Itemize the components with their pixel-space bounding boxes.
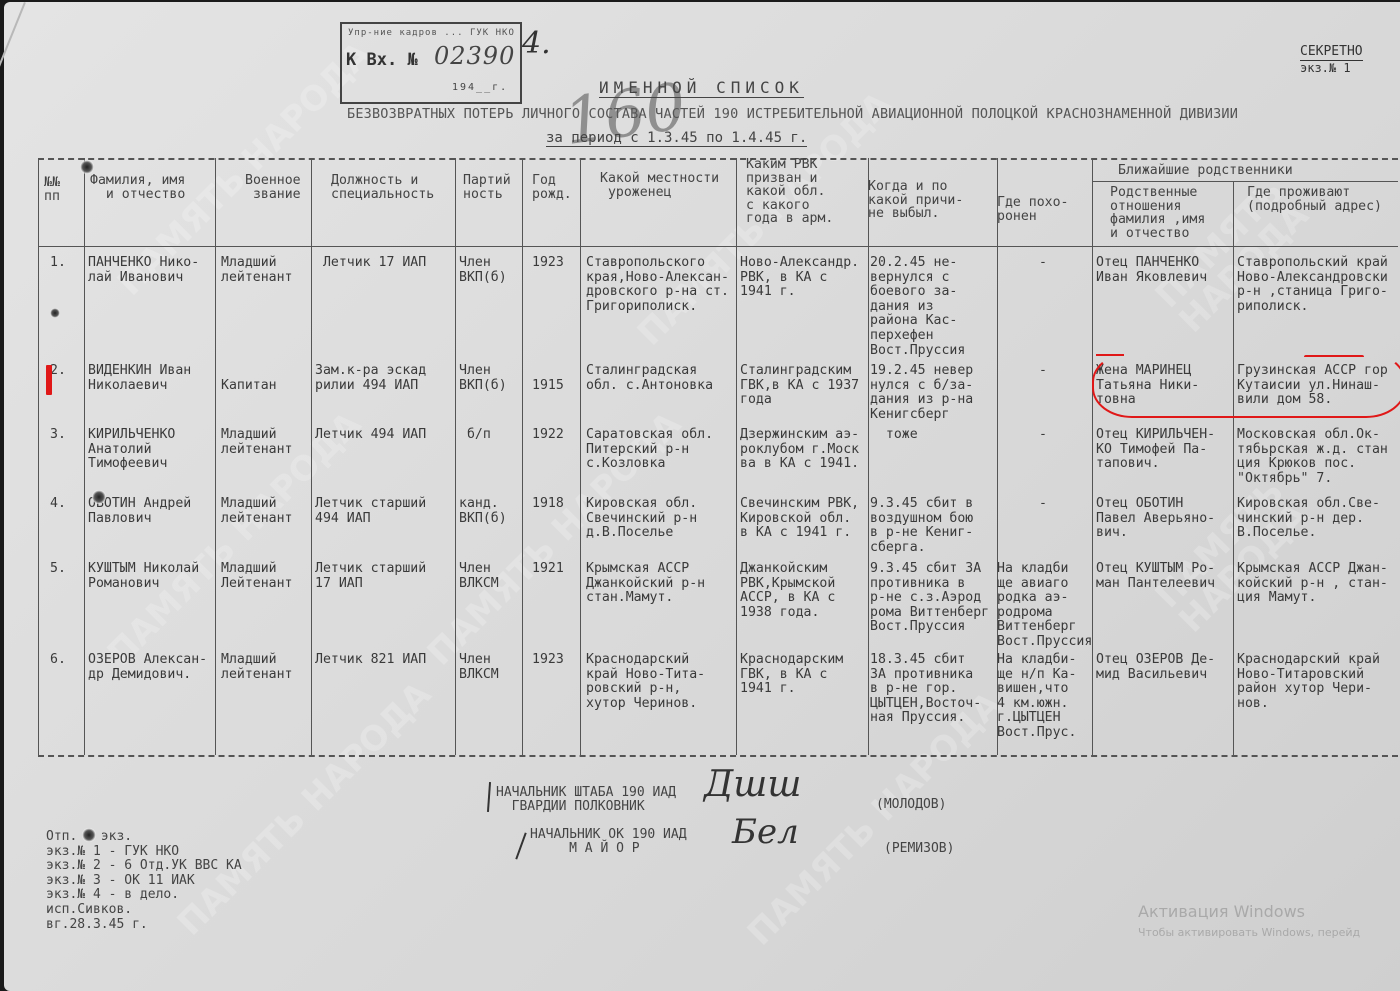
signature-1: Дшш [704,764,801,805]
header-separator [38,246,1398,247]
column-header: Военное звание [245,174,301,201]
signatory-title-2: НАЧАЛЬНИК ОК 190 ИАД М А Й О Р [530,828,687,856]
group-header-relatives: Ближайшие родственники [1118,164,1293,178]
table-cell-when-why: 9.3.45 сбит в воздушном бою в р-не Кениг… [870,497,973,555]
table-cell-position: Летчик 17 ИАП [315,256,426,271]
table-cell-party: канд. ВКП(б) [459,497,507,526]
column-header: Год рожд. [532,174,572,201]
table-cell-position: Летчик старший 17 ИАП [315,562,426,591]
document-period: за период с 1.3.45 по 1.4.45 г. [546,130,807,147]
table-cell-address: Московская обл.Ок- тябьрская ж.д. стан ц… [1237,428,1388,486]
table-cell-num: 3. [50,428,66,443]
table-cell-party: Член ВКП(б) [459,256,507,285]
table-cell-position: Летчик 821 ИАП [315,653,426,668]
registration-stamp: Упр-ние кадров ... ГУК НКО К Вх. № 02390… [340,22,522,104]
table-cell-rank: Младший лейтенант [221,497,292,526]
table-cell-birthplace: Кировская обл. Свечинский р-н д.В.Посель… [586,497,697,541]
table-cell-address: Крымская АССР Джан- койский р-н , стан- … [1237,562,1388,606]
table-cell-name: ПАНЧЕНКО Нико- лай Иванович [88,256,199,285]
table-cell-relative: Отец КИРИЛЬЧЕН- КО Тимофей Па- тапович. [1096,428,1215,472]
table-cell-address: Ставропольский край Ново-Александровски … [1237,256,1388,314]
distribution-list: Отп. 4 экз. экз.№ 1 - ГУК НКО экз.№ 2 - … [46,830,242,932]
signatory-title-1: НАЧАЛЬНИК ШТАБА 190 ИАД ГВАРДИИ ПОЛКОВНИ… [496,786,676,814]
red-highlight-ellipse [1092,352,1400,418]
column-header: Должность и специальность [331,174,434,201]
punch-hole [80,160,94,174]
table-cell-relative: Отец ПАНЧЕНКО Иван Яковлевич [1096,256,1207,285]
signatory-name-2: (РЕМИЗОВ) [884,842,954,856]
windows-activation-title: Активация Windows [1138,902,1305,921]
secrecy-label: СЕКРЕТНО [1300,44,1363,61]
column-header: Родственные отношения фамилия ,имя и отч… [1110,186,1205,240]
table-cell-rank: Младший лейтенант [221,256,292,285]
table-cell-drafted: Дзержинским аэ- роклубом г.Моск ва в КА … [740,428,859,472]
table-cell-relative: Отец КУШТЫМ Ро- ман Пантелеевич [1096,562,1215,591]
table-cell-party: Член ВКП(б) [459,364,507,393]
table-cell-when-why: 19.2.45 невер нулся с б/за- дания из р-н… [870,364,973,422]
table-cell-born: 1922 [532,428,564,443]
document-subtitle: БЕЗВОЗВРАТНЫХ ПОТЕРЬ ЛИЧНОГО СОСТАВА ЧАС… [347,106,1238,122]
table-cell-drafted: Джанкойским РВК,Крымской АССР, в КА с 19… [740,562,835,620]
column-header: Фамилия, имя и отчество [90,174,185,201]
table-cell-born: 1923 [532,653,564,668]
column-divider [580,158,581,755]
pen-tick [487,782,491,812]
table-cell-relative: Отец ОЗЕРОВ Де- мид Васильевич [1096,653,1215,682]
table-cell-birthplace: Саратовская обл. Питерский р-н с.Козловк… [586,428,713,472]
column-header: Какой местности уроженец [600,172,719,199]
punch-hole [92,490,106,504]
table-cell-born: 1923 [532,256,564,271]
paper-fold [0,2,26,160]
table-cell-birthplace: Крымская АССР Джанкойский р-н стан.Мамут… [586,562,705,606]
punch-hole [50,308,60,318]
column-divider [215,158,216,755]
column-divider [868,158,869,755]
column-divider [455,158,456,755]
punch-hole [82,828,96,842]
column-divider [311,158,312,755]
table-cell-born: 1921 [532,562,564,577]
column-divider [1092,158,1093,755]
table-cell-birthplace: Сталинградская обл. с.Антоновка [586,364,713,393]
table-cell-name: ОЗЕРОВ Алексан- др Демидович. [88,653,207,682]
table-cell-position: Зам.к-ра эскад рилии 494 ИАП [315,364,426,393]
red-highlight-stroke [1304,355,1364,357]
table-cell-buried: - [1039,364,1047,379]
table-cell-buried: На кладби- ще н/п Ка- вишен,что 4 км.южн… [997,653,1076,741]
table-cell-address: Кировская обл.Све- чинский р-н дер. В.По… [1237,497,1380,541]
pen-tick [515,833,526,860]
stamp-header: Упр-ние кадров ... ГУК НКО [348,28,515,38]
table-cell-when-why: 9.3.45 сбит ЗА противника в р-не с.з.Аэр… [870,562,989,635]
table-cell-buried: - [1039,497,1047,512]
column-divider [1233,181,1234,755]
signatory-name-1: (МОЛОДОВ) [876,798,946,812]
table-cell-relative: Отец ОБОТИН Павел Аверьяно- вич. [1096,497,1215,541]
table-cell-num: 4. [50,497,66,512]
table-cell-birthplace: Краснодарский край Ново-Тита- ровский р-… [586,653,705,711]
red-highlight-stroke [1096,354,1124,356]
table-cell-when-why: тоже [870,428,918,443]
table-cell-drafted: Свечинским РВК, Кировской обл. в КА с 19… [740,497,859,541]
table-bottom-border [38,755,1398,757]
column-header: Партий ность [463,174,511,201]
table-cell-num: 1. [50,256,66,271]
column-header: Где похо- ронен [997,196,1068,223]
table-cell-buried: - [1039,256,1047,271]
document-heading: ИМЕННОЙ СПИСОК [599,78,804,98]
copy-number: экз.№ 1 [1300,61,1363,75]
table-cell-party: Член ВЛКСМ [459,562,499,591]
red-row-marker [46,365,52,395]
table-cell-drafted: Сталинградским ГВК,в КА с 1937 года [740,364,859,408]
column-header: Когда и по какой причи- не выбыл. [868,180,963,221]
table-cell-rank: Капитан [221,364,277,393]
table-cell-party: б/п [459,428,491,443]
table-cell-name: КУШТЫМ Николай Романович [88,562,199,591]
stamp-year: 194__г. [452,82,508,93]
column-header: Каким РВК призван и какой обл. с какого … [746,158,833,226]
table-cell-num: 2. [50,364,66,379]
table-cell-address: Краснодарский край Ново-Титаровский райо… [1237,653,1380,711]
stamp-number-suffix: 4. [522,26,551,61]
table-cell-party: Член ВЛКСМ [459,653,499,682]
table-cell-buried: На кладби ще авиаго родка аэ- родрома Ви… [997,562,1092,650]
document-sheet: ПАМЯТЬ НАРОДА ПАМЯТЬ НАРОДА ПАМЯТЬ НАРОД… [4,2,1400,991]
table-cell-buried: - [1039,428,1047,443]
table-cell-rank: Младший лейтенант [221,428,292,457]
column-header: Где проживают (подробный адрес) [1247,186,1382,213]
table-cell-name: КИРИЛЬЧЕНКО Анатолий Тимофеевич [88,428,175,472]
table-cell-rank: Младший Лейтенант [221,562,292,591]
table-cell-position: Летчик 494 ИАП [315,428,426,443]
signature-2: Бел [732,812,799,852]
table-cell-num: 6. [50,653,66,668]
table-cell-rank: Младший лейтенант [221,653,292,682]
stamp-prefix: К Вх. № [346,50,418,70]
column-divider [38,158,39,755]
column-divider [84,158,85,755]
table-cell-name: ВИДЕНКИН Иван Николаевич [88,364,191,393]
table-cell-when-why: 18.3.45 сбит ЗА противника в р-не гор. Ц… [870,653,981,726]
table-cell-num: 5. [50,562,66,577]
table-cell-when-why: 20.2.45 не- вернулся с боевого за- дания… [870,256,965,358]
column-divider [522,158,523,755]
table-cell-position: Летчик старший 494 ИАП [315,497,426,526]
column-divider [736,158,737,755]
table-top-border [38,158,1398,160]
stamp-number: 02390 [434,42,515,70]
table-cell-drafted: Ново-Александр. РВК, в КА с 1941 г. [740,256,859,300]
table-cell-born: 1915 [532,364,564,393]
column-header: №№ пп [44,176,60,203]
table-cell-born: 1918 [532,497,564,512]
group-header-separator [1092,181,1398,182]
windows-activation-subtitle: Чтобы активировать Windows, перейд [1138,926,1360,939]
table-cell-drafted: Краснодарским ГВК, в КА с 1941 г. [740,653,843,697]
classification: СЕКРЕТНО экз.№ 1 [1300,44,1363,75]
table-cell-birthplace: Ставропольского края,Ново-Алексан- дровс… [586,256,729,314]
